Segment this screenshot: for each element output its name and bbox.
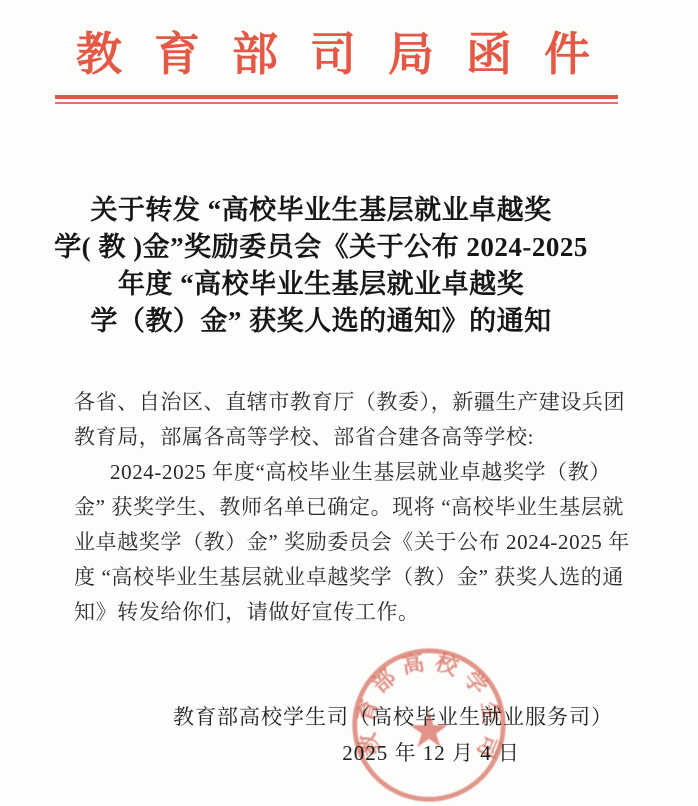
body-line: 业卓越奖学（教）金” 奖励委员会《关于公布 2024-2025 年 [74, 525, 640, 560]
salutation-line: 各省、自治区、直辖市教育厅（教委），新疆生产建设兵团 [74, 385, 640, 420]
divider-thin-line [55, 102, 618, 104]
document-title-line: 学（教）金” 获奖人选的通知》的通知 [0, 303, 642, 340]
document-body: 各省、自治区、直辖市教育厅（教委），新疆生产建设兵团 教育局，部属各高等学校、部… [74, 385, 640, 630]
official-document-page: 教育部司局函件 关于转发 “高校毕业生基层就业卓越奖 学( 教 )金”奖励委员会… [0, 0, 698, 806]
document-title-line: 关于转发 “高校毕业生基层就业卓越奖 [0, 192, 642, 229]
body-line: 金” 获奖学生、教师名单已确定。现将 “高校毕业生基层就 [74, 490, 640, 525]
document-title-line: 年度 “高校毕业生基层就业卓越奖 [0, 266, 642, 303]
divider-thick-line [55, 95, 618, 99]
document-title-line: 学( 教 )金”奖励委员会《关于公布 2024-2025 [0, 229, 642, 266]
body-line: 2024-2025 年度“高校毕业生基层就业卓越奖学（教） [74, 455, 640, 490]
body-line: 知》转发给你们，请做好宣传工作。 [74, 595, 640, 630]
signature-date: 2025 年 12 月 4 日 [0, 740, 698, 766]
letterhead-divider [55, 95, 618, 104]
body-line: 度 “高校毕业生基层就业卓越奖学（教）金” 获奖人选的通 [74, 560, 640, 595]
document-title: 关于转发 “高校毕业生基层就业卓越奖 学( 教 )金”奖励委员会《关于公布 20… [0, 192, 698, 340]
letterhead-title: 教育部司局函件 [0, 0, 698, 84]
signature-department: 教育部高校学生司（高校毕业生就业服务司） [0, 702, 698, 732]
salutation-line: 教育局，部属各高等学校、部省合建各高等学校: [74, 420, 640, 455]
